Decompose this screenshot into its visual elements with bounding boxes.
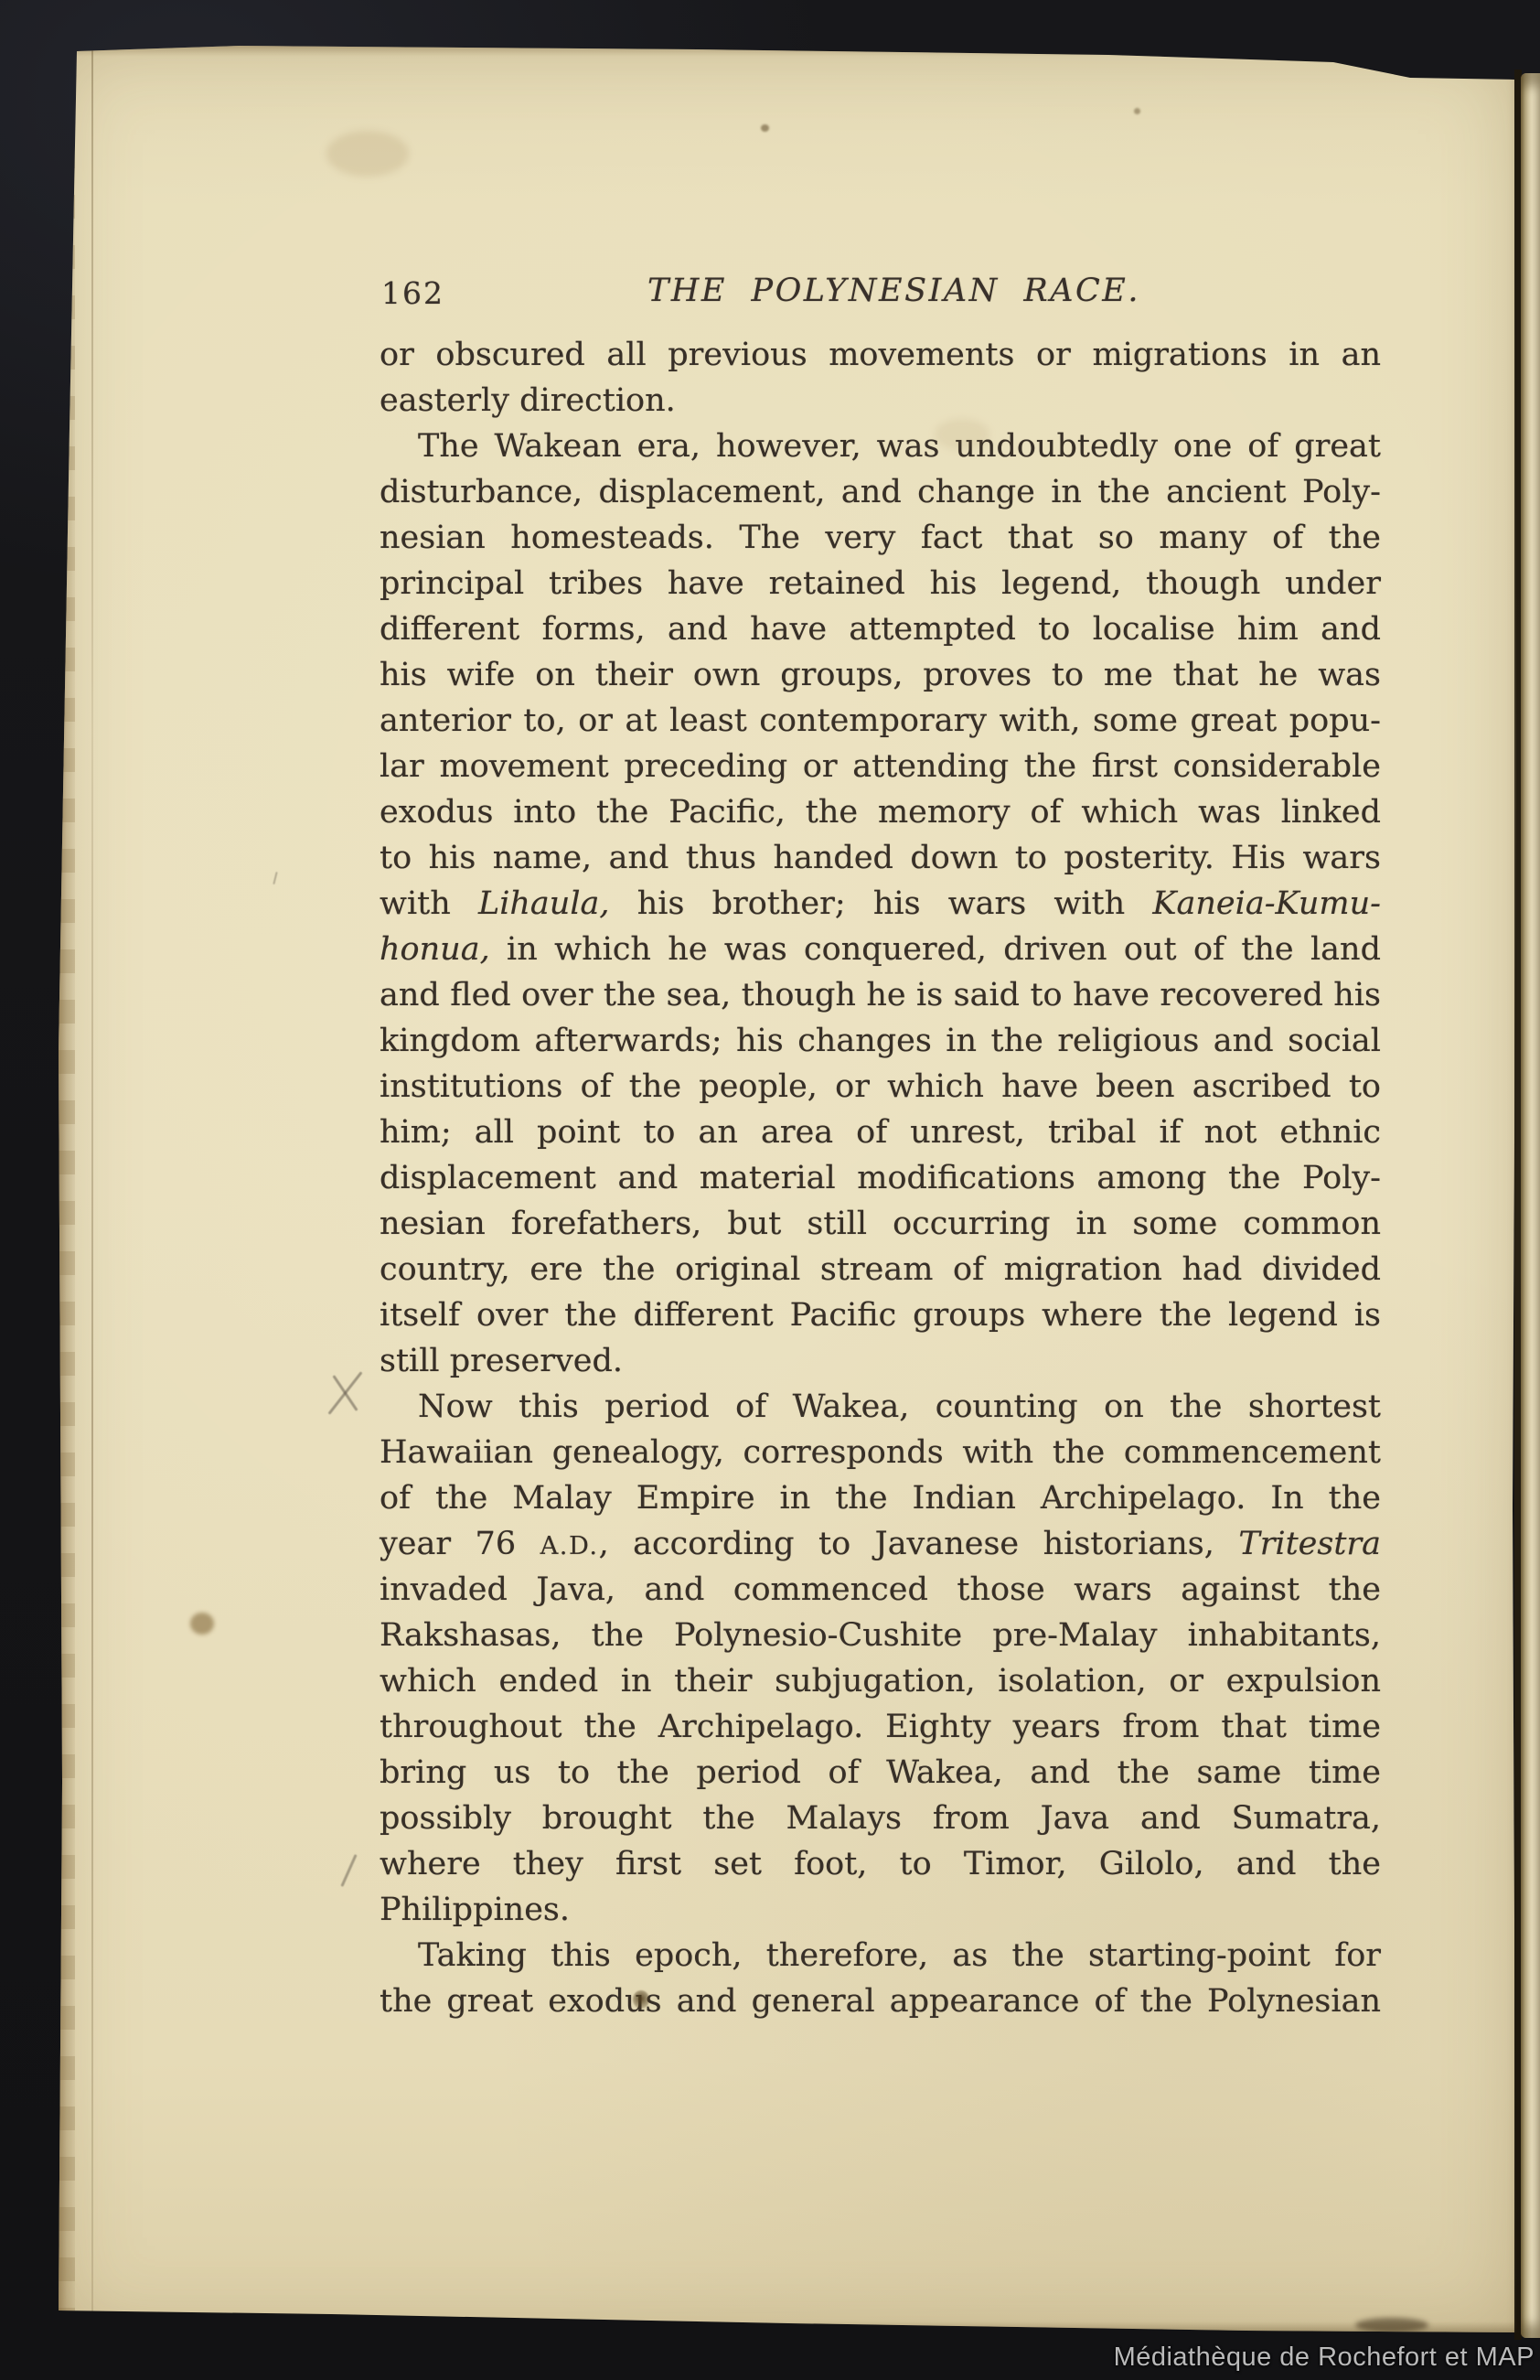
next-page-edge bbox=[1521, 73, 1540, 2338]
text-line: still preserved. bbox=[380, 1338, 1381, 1384]
text-line: with Lihaula, his brother; his wars with… bbox=[380, 881, 1381, 927]
text-line: throughout the Archipelago. Eighty years… bbox=[380, 1704, 1381, 1750]
text-line: nesian homesteads. The very fact that so… bbox=[380, 515, 1381, 561]
text-line: institutions of the people, or which hav… bbox=[380, 1064, 1381, 1110]
text-line: anterior to, or at least contemporary wi… bbox=[380, 698, 1381, 744]
body-text: or obscured all previous movements or mi… bbox=[380, 332, 1381, 2024]
text-line: Hawaiian genealogy, corresponds with the… bbox=[380, 1430, 1381, 1475]
text-line: or obscured all previous movements or mi… bbox=[380, 332, 1381, 378]
text-line: his wife on their own groups, proves to … bbox=[380, 652, 1381, 698]
page-bottom-shadow bbox=[57, 2321, 1516, 2336]
text-line: Now this period of Wakea, counting on th… bbox=[380, 1384, 1381, 1430]
text-line: possibly brought the Malays from Java an… bbox=[380, 1796, 1381, 1841]
text-line: disturbance, displacement, and change in… bbox=[380, 469, 1381, 515]
page-deckle-edge bbox=[57, 44, 75, 2336]
text-line: Taking this epoch, therefore, as the sta… bbox=[380, 1933, 1381, 1978]
text-line: Philippines. bbox=[380, 1887, 1381, 1933]
page-header: 162 THE POLYNESIAN RACE. bbox=[380, 273, 1381, 315]
fox-speck bbox=[1134, 108, 1140, 114]
text-line: of the Malay Empire in the Indian Archip… bbox=[380, 1475, 1381, 1521]
pencil-x-mark bbox=[322, 1368, 369, 1420]
pencil-slash-mark bbox=[340, 1854, 357, 1887]
fox-speck bbox=[761, 124, 769, 132]
text-line: kingdom afterwards; his changes in the r… bbox=[380, 1018, 1381, 1064]
stain-left-margin bbox=[190, 1613, 214, 1635]
ink-blot bbox=[633, 1990, 649, 2009]
text-line: The Wakean era, however, was undoubtedly… bbox=[380, 423, 1381, 469]
text-line: Rakshasas, the Polynesio-Cushite pre-Mal… bbox=[380, 1613, 1381, 1658]
book-page: 162 THE POLYNESIAN RACE. or obscured all… bbox=[57, 44, 1516, 2336]
text-line: easterly direction. bbox=[380, 378, 1381, 423]
text-line: year 76 A.D., according to Javanese hist… bbox=[380, 1521, 1381, 1567]
text-line: which ended in their subjugation, isolat… bbox=[380, 1658, 1381, 1704]
stain-top-left bbox=[326, 131, 409, 177]
running-title: THE POLYNESIAN RACE. bbox=[380, 273, 1381, 309]
text-line: nesian forefathers, but still occurring … bbox=[380, 1201, 1381, 1247]
text-line: to his name, and thus handed down to pos… bbox=[380, 835, 1381, 881]
page-crease-line bbox=[91, 44, 93, 2336]
text-line: lar movement preceding or attending the … bbox=[380, 744, 1381, 789]
text-line: and fled over the sea, though he is said… bbox=[380, 972, 1381, 1018]
text-line: where they first set foot, to Timor, Gil… bbox=[380, 1841, 1381, 1887]
stain-faint-center bbox=[935, 419, 989, 450]
stain-bottom-edge bbox=[1355, 2318, 1428, 2332]
text-line: him; all point to an area of unrest, tri… bbox=[380, 1110, 1381, 1155]
text-line: exodus into the Pacific, the memory of w… bbox=[380, 789, 1381, 835]
text-line: different forms, and have attempted to l… bbox=[380, 606, 1381, 652]
page-top-shadow bbox=[57, 44, 1516, 57]
text-line: invaded Java, and commenced those wars a… bbox=[380, 1567, 1381, 1613]
text-line: the great exodus and general appearance … bbox=[380, 1978, 1381, 2024]
scan-background: { "colors": { "paper": "#e8deba", "ink":… bbox=[0, 0, 1540, 2380]
text-line: honua, in which he was conquered, driven… bbox=[380, 927, 1381, 972]
text-line: bring us to the period of Wakea, and the… bbox=[380, 1750, 1381, 1796]
watermark: Médiathèque de Rochefort et MAP bbox=[1114, 2338, 1535, 2376]
text-line: itself over the different Pacific groups… bbox=[380, 1292, 1381, 1338]
text-line: displacement and material modifications … bbox=[380, 1155, 1381, 1201]
text-line: country, ere the original stream of migr… bbox=[380, 1247, 1381, 1292]
text-line: principal tribes have retained his legen… bbox=[380, 561, 1381, 606]
pencil-tick-mark bbox=[273, 872, 277, 884]
